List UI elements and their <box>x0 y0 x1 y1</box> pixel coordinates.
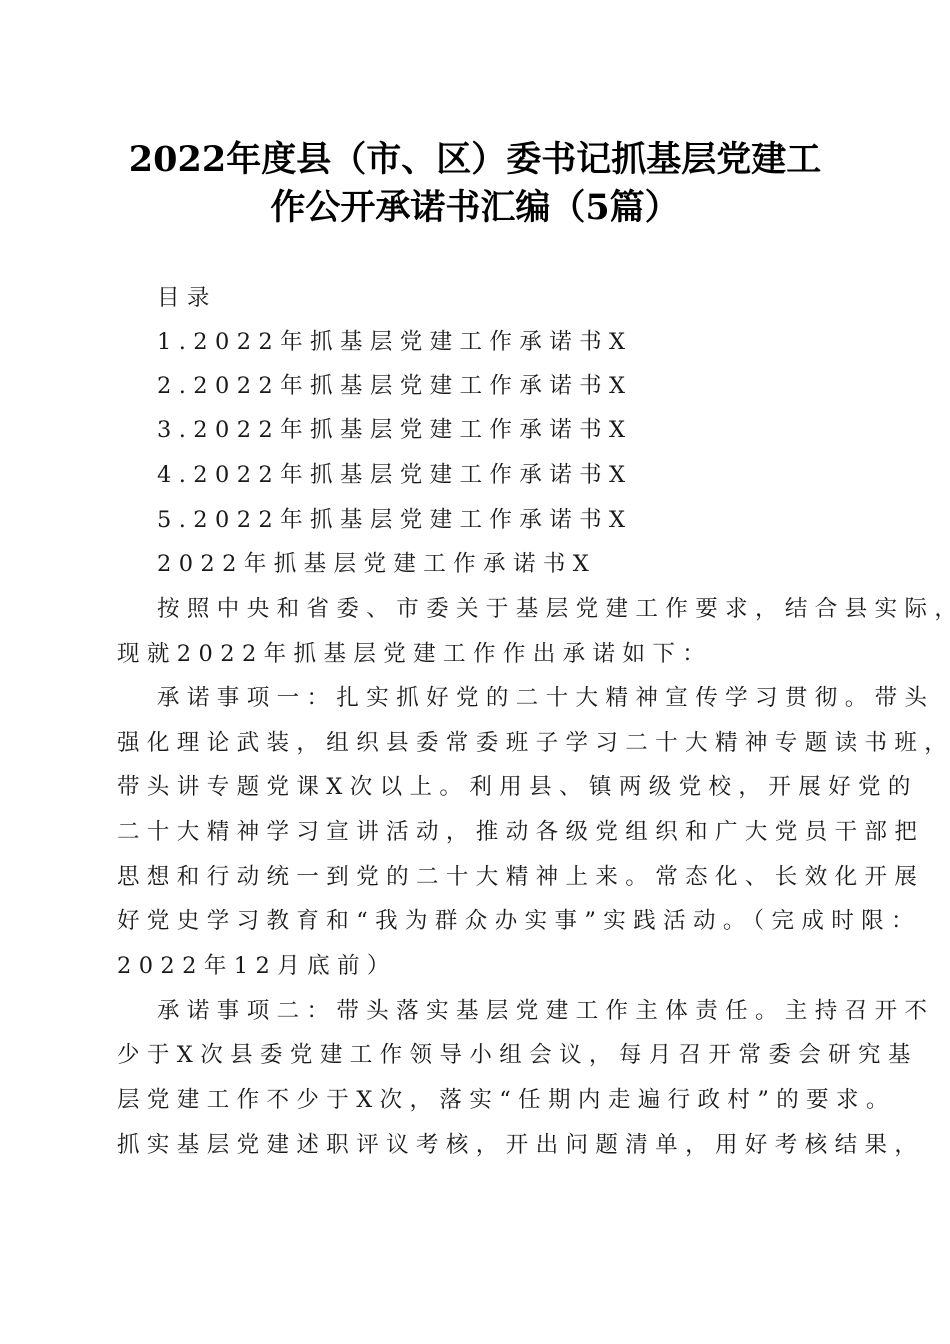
commitment-1-line-5: 思想和行动统一到党的二十大精神上来。常态化、长效化开展 <box>117 862 924 892</box>
commitment-1-line-6: 好党史学习教育和“我为群众办实事”实践活动。（完成时限： <box>117 906 921 936</box>
document-title-line-2: 作公开承诺书汇编（5篇） <box>0 184 950 232</box>
commitment-1-line-1: 承诺事项一：扎实抓好党的二十大精神宣传学习贯彻。带头 <box>157 683 934 713</box>
toc-item-4[interactable]: 4.2022年抓基层党建工作承诺书X <box>157 460 632 490</box>
toc-item-3[interactable]: 3.2022年抓基层党建工作承诺书X <box>157 415 632 445</box>
document-title-line-1: 2022年度县（市、区）委书记抓基层党建工 <box>0 136 950 184</box>
commitment-2-line-3: 层党建工作不少于X次，落实“任期内走遍行政村”的要求。 <box>117 1085 896 1115</box>
commitment-1-line-7: 2022年12月底前） <box>117 951 397 981</box>
toc-heading: 目录 <box>157 283 217 313</box>
commitment-2-line-2: 少于X次县委党建工作领导小组会议，每月召开常委会研究基 <box>117 1040 918 1070</box>
commitment-2-line-4: 抓实基层党建述职评议考核，开出问题清单，用好考核结果， <box>117 1130 924 1160</box>
commitment-1-line-2: 强化理论武装，组织县委常委班子学习二十大精神专题读书班， <box>117 728 950 758</box>
document-page: 2022年度县（市、区）委书记抓基层党建工 作公开承诺书汇编（5篇） 目录 1.… <box>0 0 950 1344</box>
commitment-2-line-1: 承诺事项二：带头落实基层党建工作主体责任。主持召开不 <box>157 996 934 1026</box>
commitment-1-line-4: 二十大精神学习宣讲活动，推动各级党组织和广大党员干部把 <box>117 817 924 847</box>
section-title: 2022年抓基层党建工作承诺书X <box>157 549 596 579</box>
toc-item-2[interactable]: 2.2022年抓基层党建工作承诺书X <box>157 371 632 401</box>
intro-line-2: 现就2022年抓基层党建工作作出承诺如下： <box>117 639 712 669</box>
intro-line-1: 按照中央和省委、市委关于基层党建工作要求，结合县实际， <box>157 594 950 624</box>
toc-item-1[interactable]: 1.2022年抓基层党建工作承诺书X <box>157 327 632 357</box>
commitment-1-line-3: 带头讲专题党课X次以上。利用县、镇两级党校，开展好党的 <box>117 772 918 802</box>
toc-item-5[interactable]: 5.2022年抓基层党建工作承诺书X <box>157 505 632 535</box>
